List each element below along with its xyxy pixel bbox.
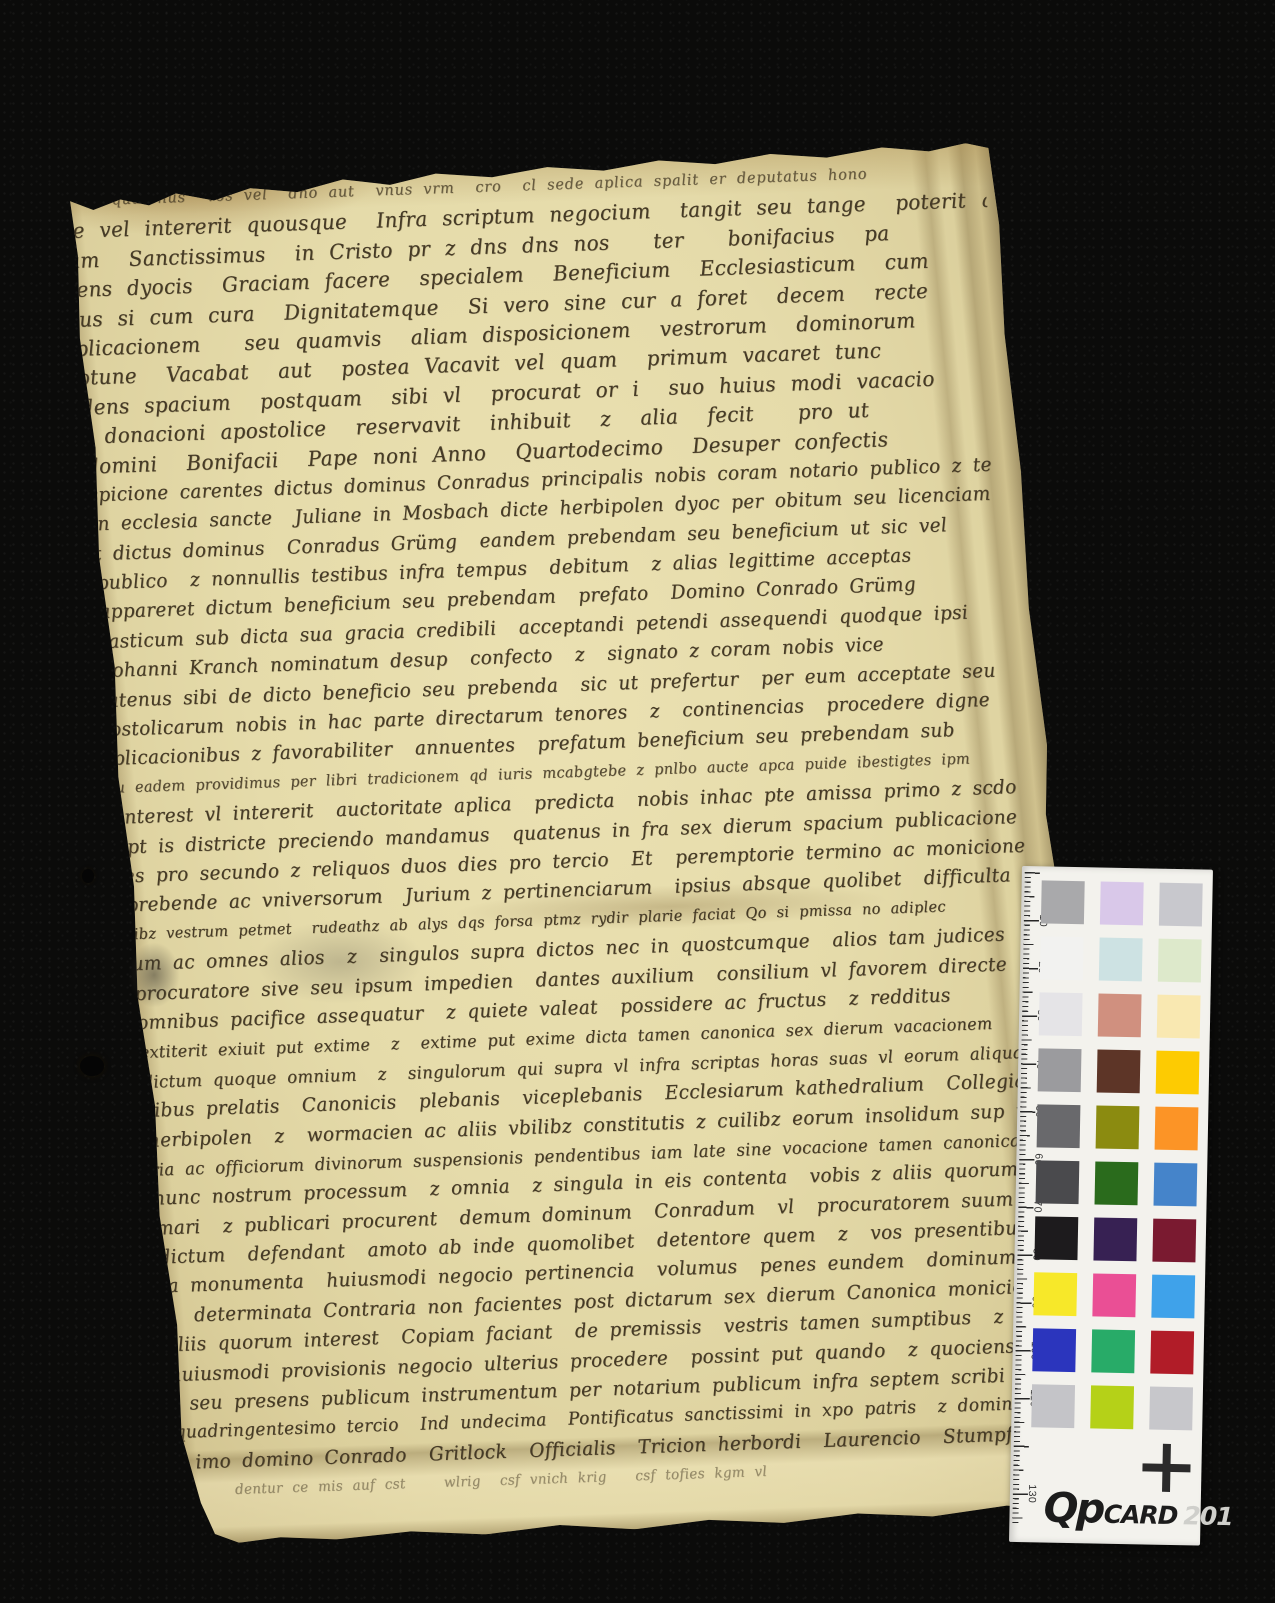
color-swatch [1099, 938, 1143, 982]
color-swatch [1095, 1161, 1139, 1205]
photo-background: r tia quatenus vos vel dno aut vnus vrm … [0, 0, 1275, 1603]
parchment-hole [80, 1056, 104, 1076]
color-swatch [1041, 880, 1085, 924]
color-swatch [1093, 1217, 1137, 1261]
qpcard-logo: Qp CARD 201 [1043, 1488, 1233, 1533]
color-swatch [1031, 1384, 1075, 1428]
color-swatch [1040, 936, 1084, 980]
parchment-ink-smudge [128, 942, 180, 1008]
qpcard-logo-number: 201 [1183, 1501, 1233, 1531]
color-swatch [1150, 1331, 1194, 1375]
color-swatch [1032, 1328, 1076, 1372]
color-swatch [1034, 1216, 1078, 1260]
color-swatch [1154, 1163, 1198, 1207]
color-swatch [1159, 883, 1203, 927]
color-swatch [1155, 1107, 1199, 1151]
qpcard-color-reference: 102030405060708090100110130 Qp CARD 201 [1009, 866, 1213, 1546]
manuscript-parchment: r tia quatenus vos vel dno aut vnus vrm … [62, 142, 1119, 1544]
color-swatch [1033, 1272, 1077, 1316]
ruler-label [1025, 1422, 1040, 1470]
color-swatch [1091, 1329, 1135, 1373]
color-swatch [1090, 1385, 1134, 1429]
manuscript-text: r tia quatenus vos vel dno aut vnus vrm … [62, 157, 1107, 1545]
color-swatch [1039, 992, 1083, 1036]
color-swatch [1156, 1051, 1200, 1095]
parchment-hole [82, 869, 94, 883]
qpcard-swatch-grid [1031, 880, 1202, 1430]
ruler-label: 130 [1024, 1470, 1039, 1518]
qpcard-logo-card: CARD [1103, 1500, 1177, 1530]
color-swatch [1037, 1104, 1081, 1148]
qpcard-logo-qp: Qp [1043, 1488, 1103, 1530]
color-swatch [1152, 1219, 1196, 1263]
color-swatch [1149, 1387, 1193, 1431]
color-swatch [1092, 1273, 1136, 1317]
color-swatch [1157, 995, 1201, 1039]
color-swatch [1100, 882, 1144, 926]
color-swatch [1038, 1048, 1082, 1092]
registration-cross-icon [1142, 1443, 1191, 1492]
color-swatch [1097, 1049, 1141, 1093]
color-swatch [1036, 1160, 1080, 1204]
color-swatch [1158, 939, 1202, 983]
color-swatch [1151, 1275, 1195, 1319]
color-swatch [1098, 993, 1142, 1037]
color-swatch [1096, 1105, 1140, 1149]
